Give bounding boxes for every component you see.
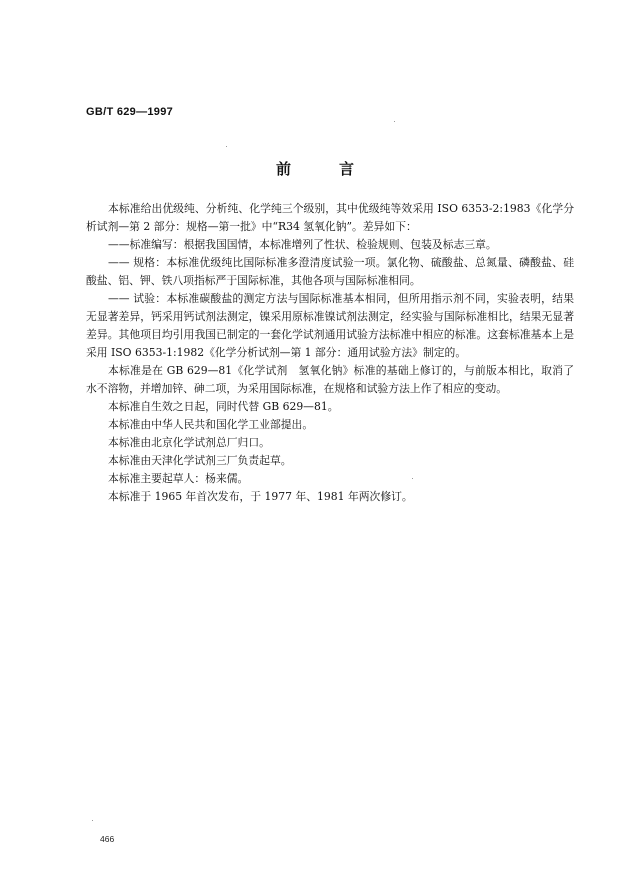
scan-speck (394, 121, 395, 122)
paragraph-intro: 本标准给出优级纯、分析纯、化学纯三个级别，其中优级纯等效采用 ISO 6353-… (86, 200, 574, 236)
scan-speck (226, 146, 227, 147)
paragraph-revision: 本标准是在 GB 629—81《化学试剂 氢氧化钠》标准的基础上修订的，与前版本… (86, 362, 574, 398)
paragraph-difference-spec: —— 规格：本标准优级纯比国际标准多澄清度试验一项。氯化物、硫酸盐、总氮量、磷酸… (86, 254, 574, 290)
page-number: 466 (100, 834, 114, 844)
standard-code: GB/T 629—1997 (86, 106, 173, 118)
paragraph-managed-by: 本标准由北京化学试剂总厂归口。 (86, 434, 574, 452)
paragraph-history: 本标准于 1965 年首次发布，于 1977 年、1981 年两次修订。 (86, 488, 574, 506)
document-body: 本标准给出优级纯、分析纯、化学纯三个级别，其中优级纯等效采用 ISO 6353-… (86, 200, 574, 506)
paragraph-drafted-by: 本标准由天津化学试剂三厂负责起草。 (86, 452, 574, 470)
paragraph-drafter: 本标准主要起草人：杨来儒。 (86, 470, 574, 488)
paragraph-difference-test: —— 试验：本标准碳酸盐的测定方法与国际标准基本相同，但所用指示剂不同，实验表明… (86, 290, 574, 362)
paragraph-proposed-by: 本标准由中华人民共和国化学工业部提出。 (86, 416, 574, 434)
scan-speck (92, 820, 93, 821)
paragraph-replaces: 本标准自生效之日起，同时代替 GB 629—81。 (86, 398, 574, 416)
paragraph-difference-writing: ——标准编写：根据我国国情，本标准增列了性状、检验规则、包装及标志三章。 (86, 236, 574, 254)
scan-speck (412, 478, 413, 479)
page-title: 前言 (0, 158, 630, 179)
